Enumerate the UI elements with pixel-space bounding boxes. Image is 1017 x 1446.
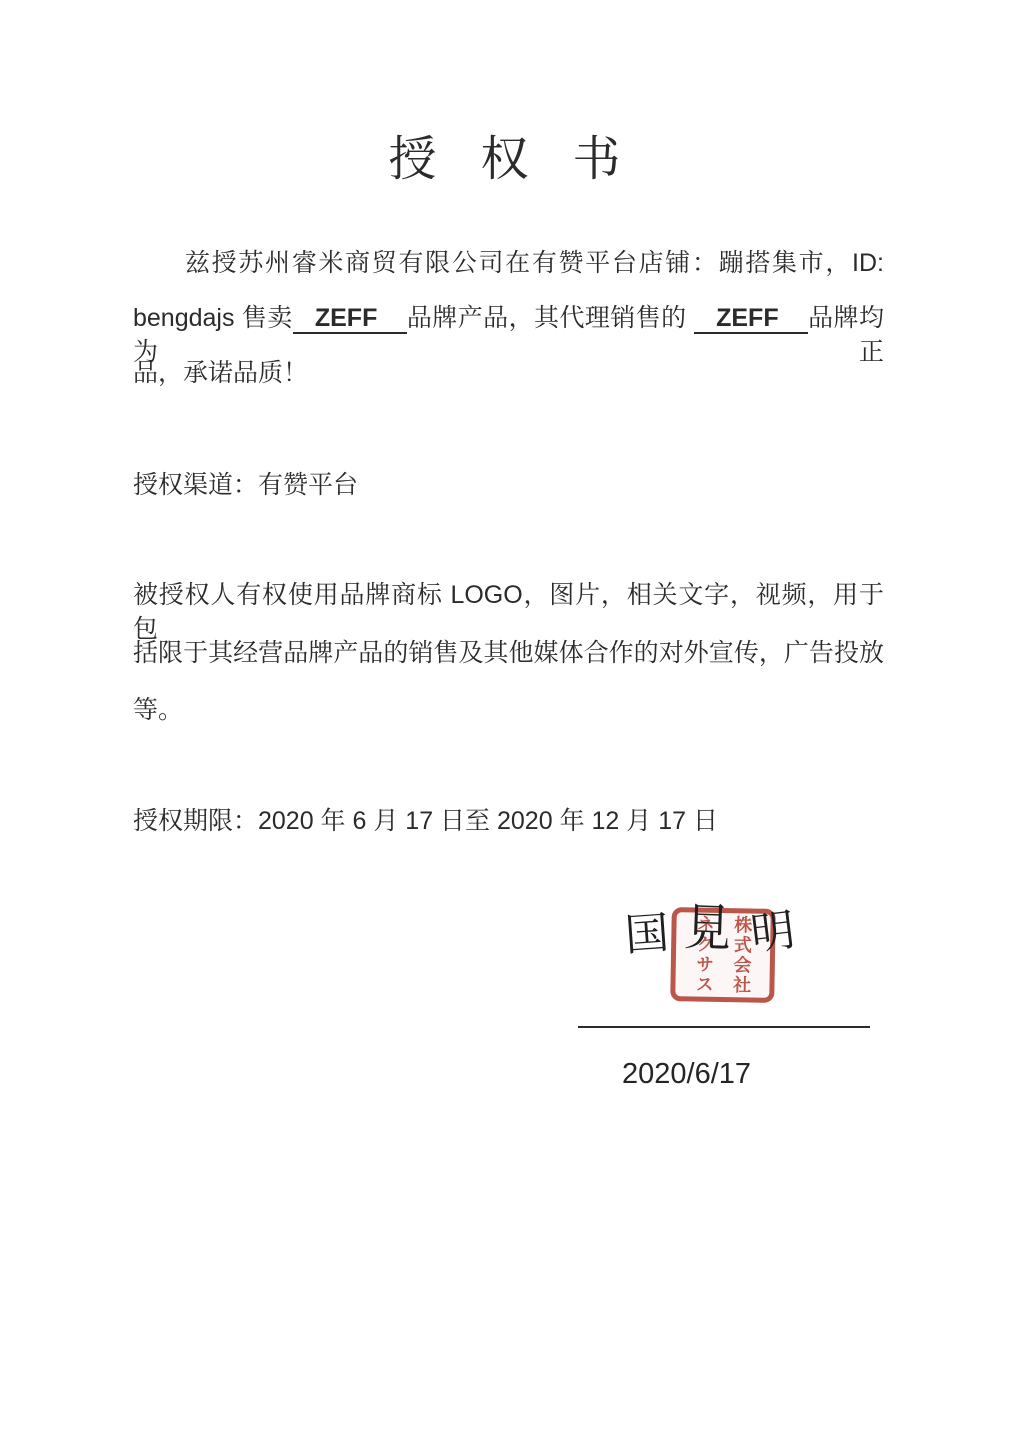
signature-line [578,1026,870,1028]
paragraph1-line3: 品，承诺品质！ [133,356,884,390]
paragraph1-line2-mid: 品牌产品，其代理销售的 [407,304,694,332]
seal-text-column-right: 株式会社 [732,915,751,995]
authorization-letter-page: 授 权 书 兹授苏州睿米商贸有限公司在有赞平台店铺：蹦搭集市，ID: bengd… [0,0,1017,1446]
document-date: 2020/6/17 [622,1056,751,1092]
handwritten-signature-char-1: 国 [624,912,671,959]
handwritten-signature-char-3: 明 [748,908,797,957]
paragraph2-line3: 等。 [133,693,884,727]
paragraph2-line2: 括限于其经营品牌产品的销售及其他媒体合作的对外宣传，广告投放 [133,636,884,670]
store-id-text: bengdajs 售卖 [133,304,293,332]
brand-name-underline-2: ZEFF [694,304,808,334]
page-title: 授 权 书 [0,132,1017,188]
handwritten-signature-char-2: 見 [683,903,732,955]
brand-name-underline-1: ZEFF [293,304,407,334]
channel-line: 授权渠道：有赞平台 [133,468,884,502]
paragraph1-line1: 兹授苏州睿米商贸有限公司在有赞平台店铺：蹦搭集市，ID: [133,246,884,280]
period-line: 授权期限：2020 年 6 月 17 日至 2020 年 12 月 17 日 [133,804,884,838]
